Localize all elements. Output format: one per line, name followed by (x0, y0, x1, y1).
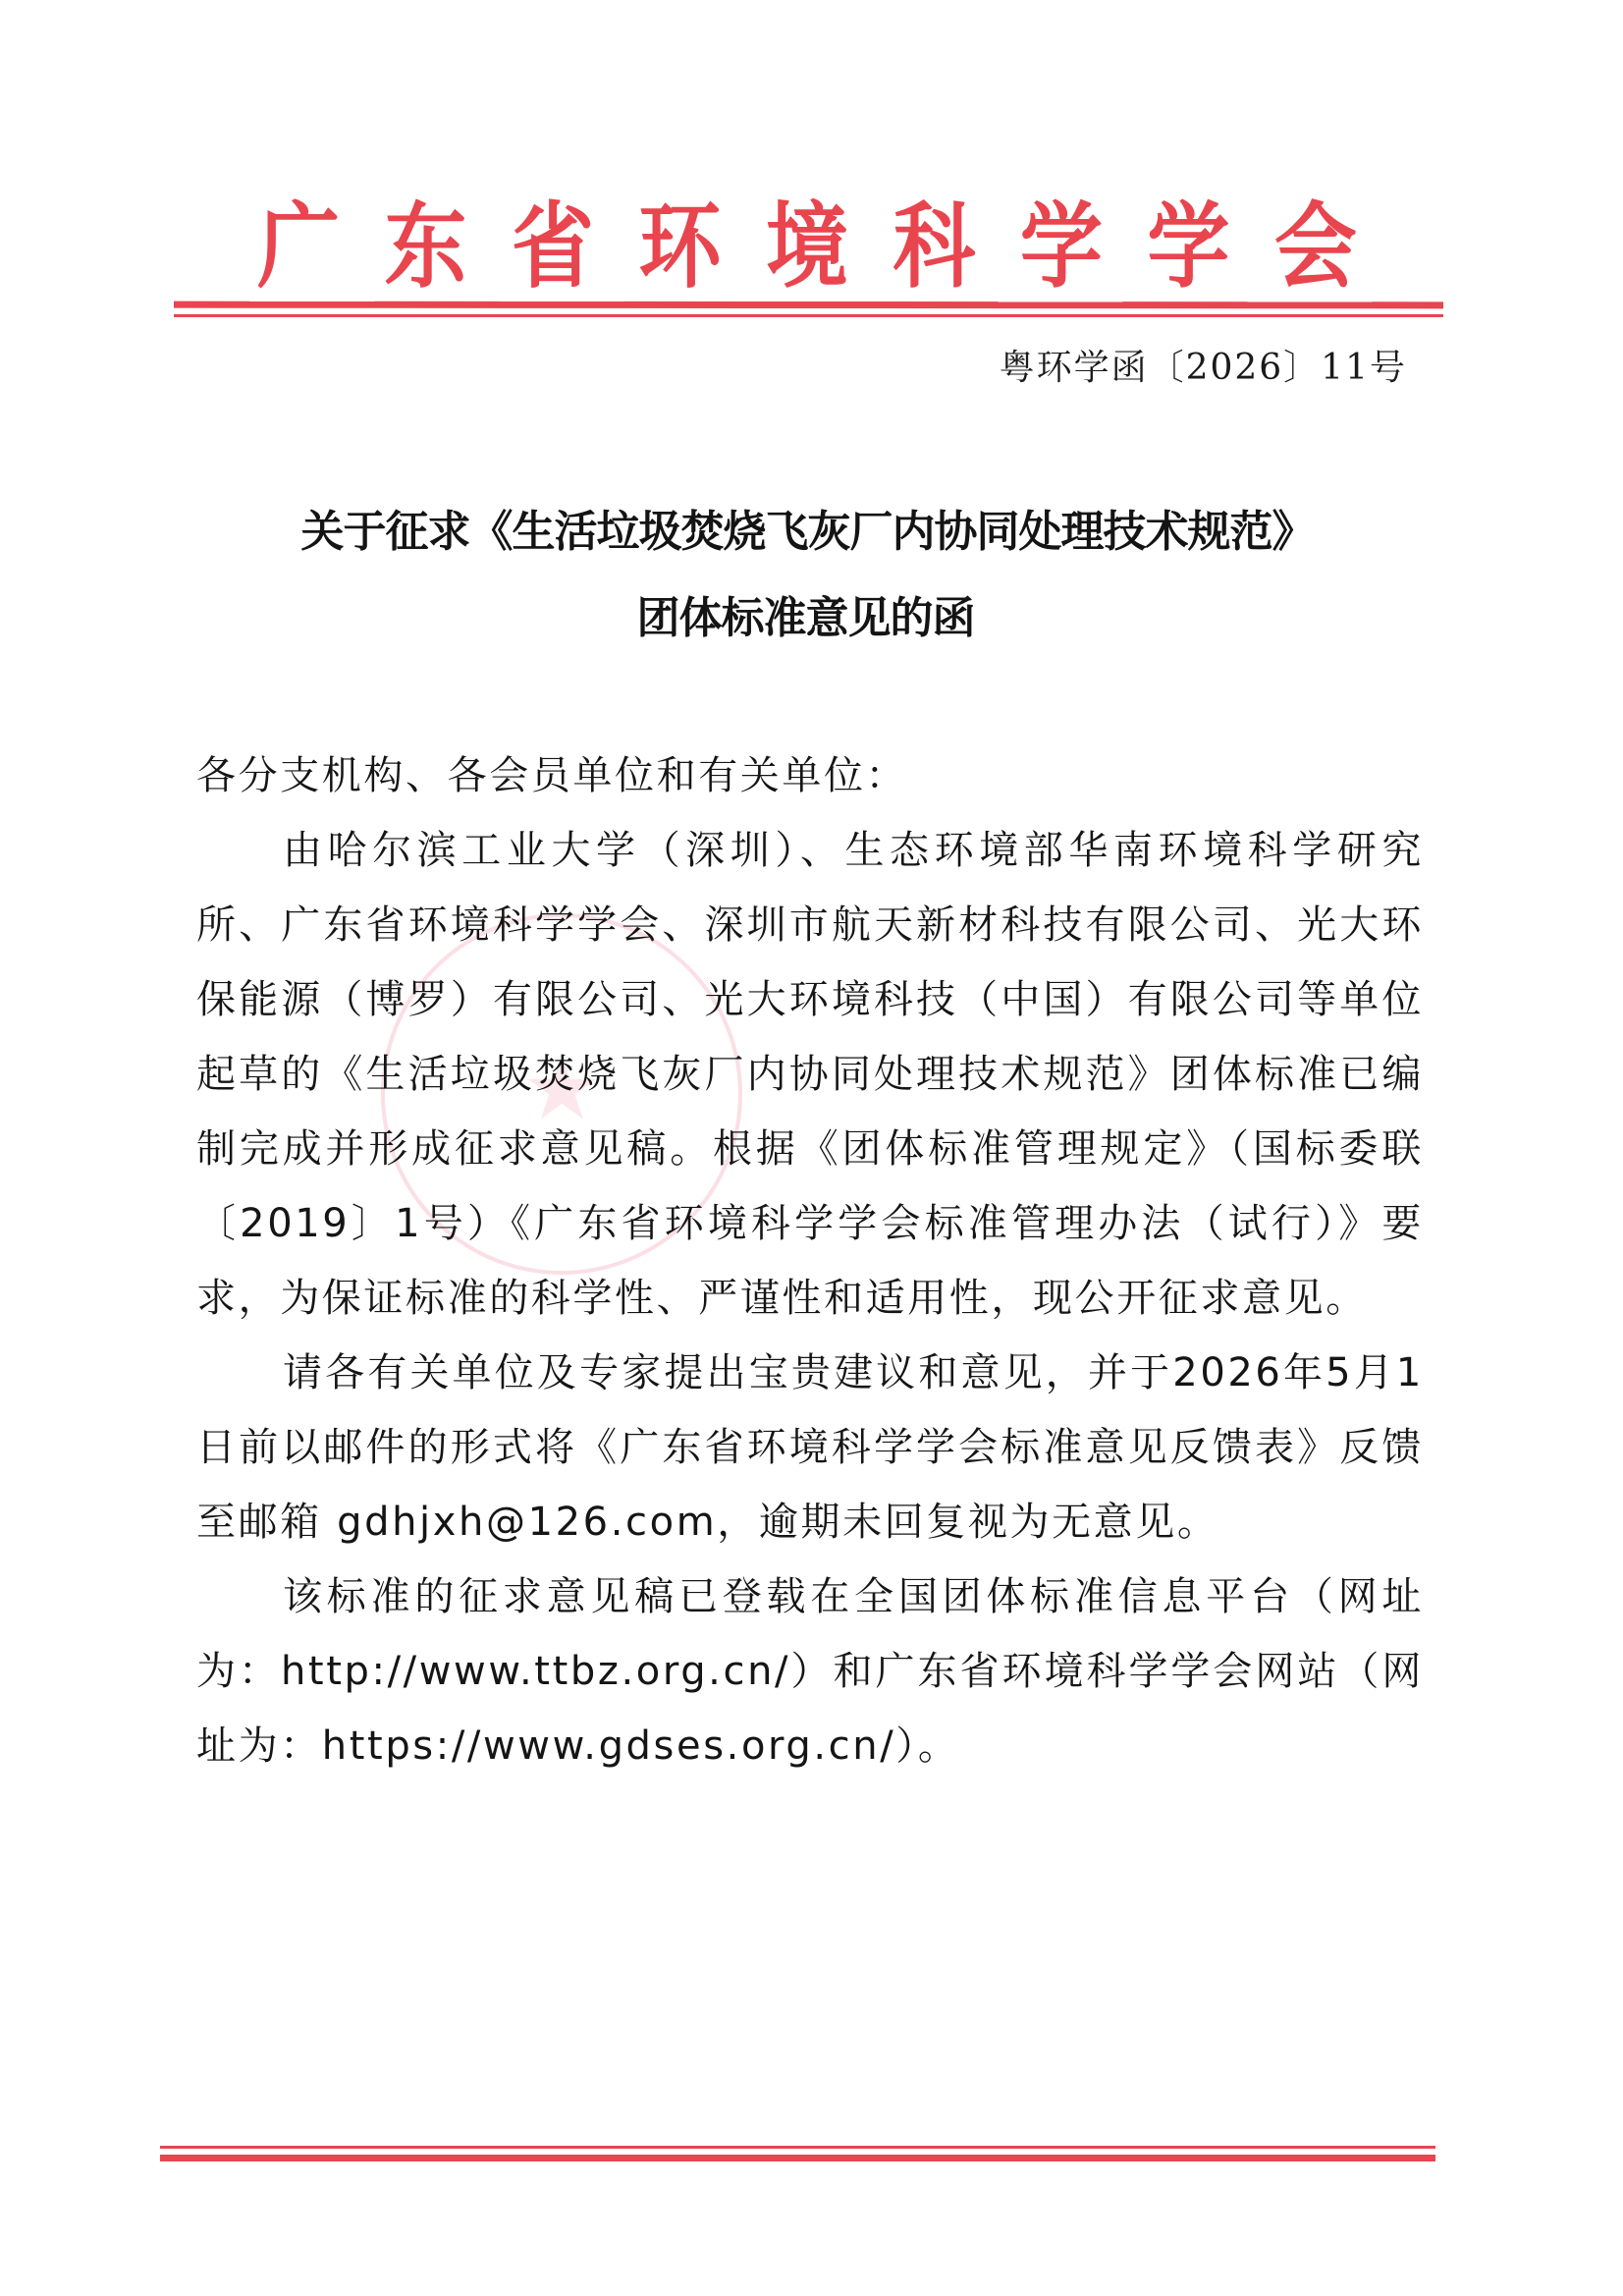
body-paragraph: 请各有关单位及专家提出宝贵建议和意见，并于2026年5月1日前以邮件的形式将《广… (196, 1336, 1424, 1559)
document-title-line-2: 团体标准意见的函 (0, 582, 1617, 645)
footer-divider-thin (160, 2146, 1435, 2149)
letterhead-char: 省 (512, 200, 594, 293)
letterhead-char: 学 (1020, 200, 1103, 293)
letterhead-char: 东 (384, 200, 466, 293)
body-paragraph: 该标准的征求意见稿已登载在全国团体标准信息平台（网址为：http://www.t… (196, 1559, 1424, 1783)
letterhead-char: 会 (1274, 200, 1357, 293)
letterhead-char: 广 (257, 200, 340, 293)
body-paragraph: 由哈尔滨工业大学（深圳）、生态环境部华南环境科学研究所、广东省环境科学学会、深圳… (196, 813, 1424, 1336)
document-number: 粤环学函〔2026〕11号 (1000, 340, 1407, 390)
letterhead-org-name: 广 东 省 环 境 科 学 学 会 (257, 192, 1357, 301)
letterhead-char: 境 (766, 200, 848, 293)
footer-divider-thick (160, 2155, 1435, 2161)
header-divider-thick (174, 301, 1443, 309)
letterhead-char: 学 (1147, 200, 1229, 293)
letterhead-char: 环 (638, 200, 721, 293)
document-title-line-1: 关于征求《生活垃圾焚烧飞灰厂内协同处理技术规范》 (0, 496, 1619, 559)
salutation: 各分支机构、各会员单位和有关单位： (196, 738, 1424, 813)
letter-body: 各分支机构、各会员单位和有关单位： 由哈尔滨工业大学（深圳）、生态环境部华南环境… (196, 738, 1424, 1783)
letterhead-char: 科 (893, 200, 975, 293)
header-divider-thin (174, 314, 1443, 317)
